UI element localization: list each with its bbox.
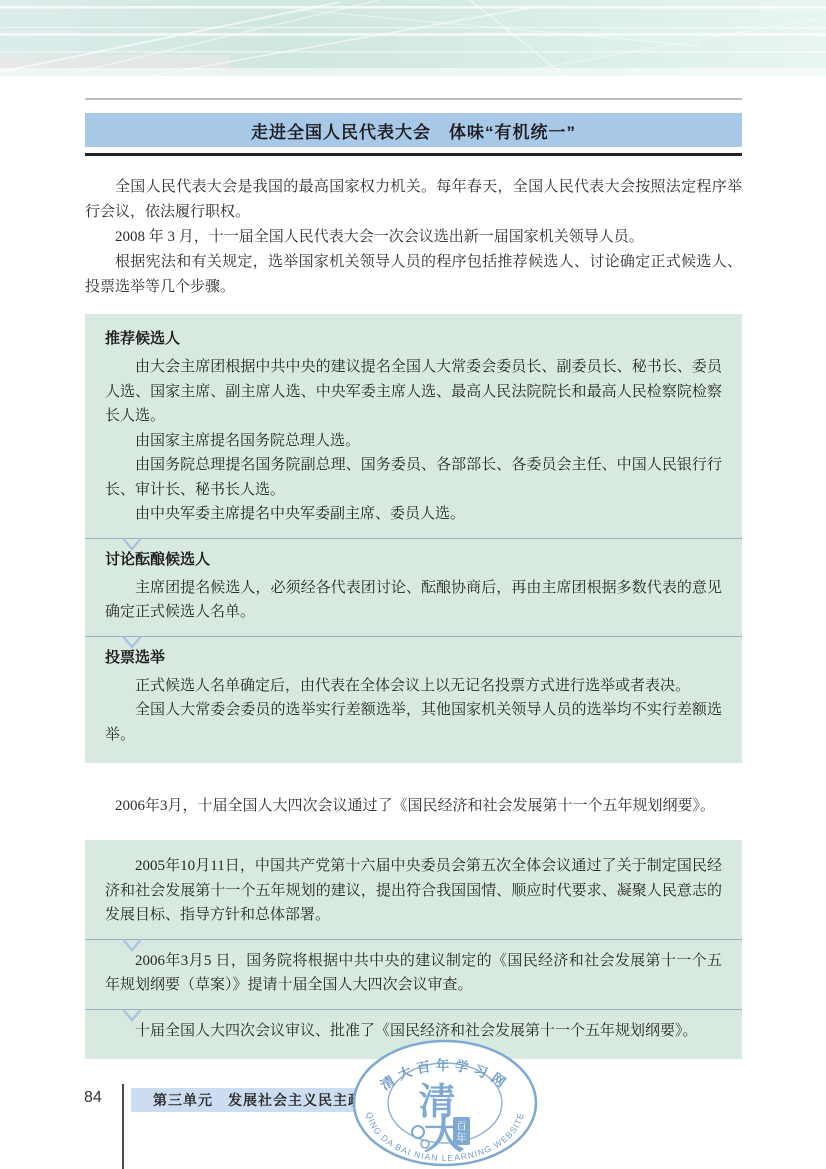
step-paragraph: 由中央军委主席提名中央军委副主席、委员人选。 [105, 502, 722, 527]
intro-paragraph: 根据宪法和有关规定，选举国家机关领导人员的程序包括推荐候选人、讨论确定正式候选人… [85, 250, 742, 300]
page-number: 84 [84, 1089, 102, 1107]
chevron-down-icon [122, 636, 142, 649]
timeline-box: 2005年10月11日，中国共产党第十六届中央委员会第五次全体会议通过了关于制定… [85, 840, 742, 1059]
lesson-title: 走进全国人民代表大会 体味“有机统一” [251, 118, 576, 143]
decorative-header-band [0, 0, 826, 76]
middle-paragraph: 2006年3月，十届全国人大四次会议通过了《国民经济和社会发展第十一个五年规划纲… [85, 794, 742, 819]
step-heading: 讨论酝酿候选人 [105, 548, 722, 569]
chevron-down-icon [122, 939, 142, 952]
procedure-step-discuss: 讨论酝酿候选人 主席团提名候选人，必须经各代表团讨论、酝酿协商后，再由主席团根据… [105, 548, 722, 625]
intro-paragraph: 全国人民代表大会是我国的最高国家权力机关。每年春天，全国人民代表大会按照法定程序… [85, 175, 742, 225]
step-paragraph: 由国务院总理提名国务院副总理、国务委员、各部部长、各委员会主任、中国人民银行行长… [105, 453, 722, 502]
procedure-box: 推荐候选人 由大会主席团根据中共中央的建议提名全国人大常委会委员长、副委员长、秘… [85, 314, 742, 763]
chevron-down-icon [122, 538, 142, 551]
footer-vertical-rule [122, 1084, 124, 1169]
procedure-step-vote: 投票选举 正式候选人名单确定后，由代表在全体会议上以无记名投票方式进行选举或者表… [105, 646, 722, 748]
watermark-seal-char2: 年 [456, 1131, 467, 1144]
step-paragraph: 由大会主席团根据中共中央的建议提名全国人大常委会委员长、副委员长、秘书长、委员人… [105, 355, 722, 429]
step-paragraph: 由国家主席提名国务院总理人选。 [105, 429, 722, 454]
step-heading: 投票选举 [105, 646, 722, 667]
watermark-seal-char1: 百 [456, 1120, 467, 1132]
middle-paragraph-block: 2006年3月，十届全国人大四次会议通过了《国民经济和社会发展第十一个五年规划纲… [85, 794, 742, 819]
top-thin-rule [85, 98, 742, 100]
lesson-title-bar: 走进全国人民代表大会 体味“有机统一” [85, 113, 742, 147]
learning-website-watermark: 清大百年学习网 QING DA BAI NIAN LEARNING WEBSIT… [340, 1032, 550, 1169]
step-paragraph: 主席团提名候选人，必须经各代表团讨论、酝酿协商后，再由主席团根据多数代表的意见确… [105, 576, 722, 625]
step-divider [85, 538, 742, 539]
procedure-step-recommend: 推荐候选人 由大会主席团根据中共中央的建议提名全国人大常委会委员长、副委员长、秘… [105, 327, 722, 527]
step-paragraph: 全国人大常委会委员的选举实行差额选举，其他国家机关领导人员的选举均不实行差额选举… [105, 698, 722, 747]
step-divider [85, 1009, 742, 1010]
title-underline-rule [85, 153, 742, 156]
timeline-step: 2006年3月5 日，国务院将根据中共中央的建议制定的《国民经济和社会发展第十一… [105, 949, 722, 998]
page-content: 走进全国人民代表大会 体味“有机统一” 全国人民代表大会是我国的最高国家权力机关… [85, 98, 742, 1059]
step-divider [85, 636, 742, 637]
textbook-page: 走进全国人民代表大会 体味“有机统一” 全国人民代表大会是我国的最高国家权力机关… [0, 0, 826, 1169]
step-paragraph: 正式候选人名单确定后，由代表在全体会议上以无记名投票方式进行选举或者表决。 [105, 674, 722, 699]
intro-paragraph: 2008 年 3 月，十一届全国人民代表大会一次会议选出新一届国家机关领导人员。 [85, 225, 742, 250]
intro-block: 全国人民代表大会是我国的最高国家权力机关。每年春天，全国人民代表大会按照法定程序… [85, 175, 742, 300]
step-divider [85, 939, 742, 940]
timeline-step: 2005年10月11日，中国共产党第十六届中央委员会第五次全体会议通过了关于制定… [105, 854, 722, 928]
chevron-down-icon [122, 1009, 142, 1022]
step-heading: 推荐候选人 [105, 327, 722, 348]
